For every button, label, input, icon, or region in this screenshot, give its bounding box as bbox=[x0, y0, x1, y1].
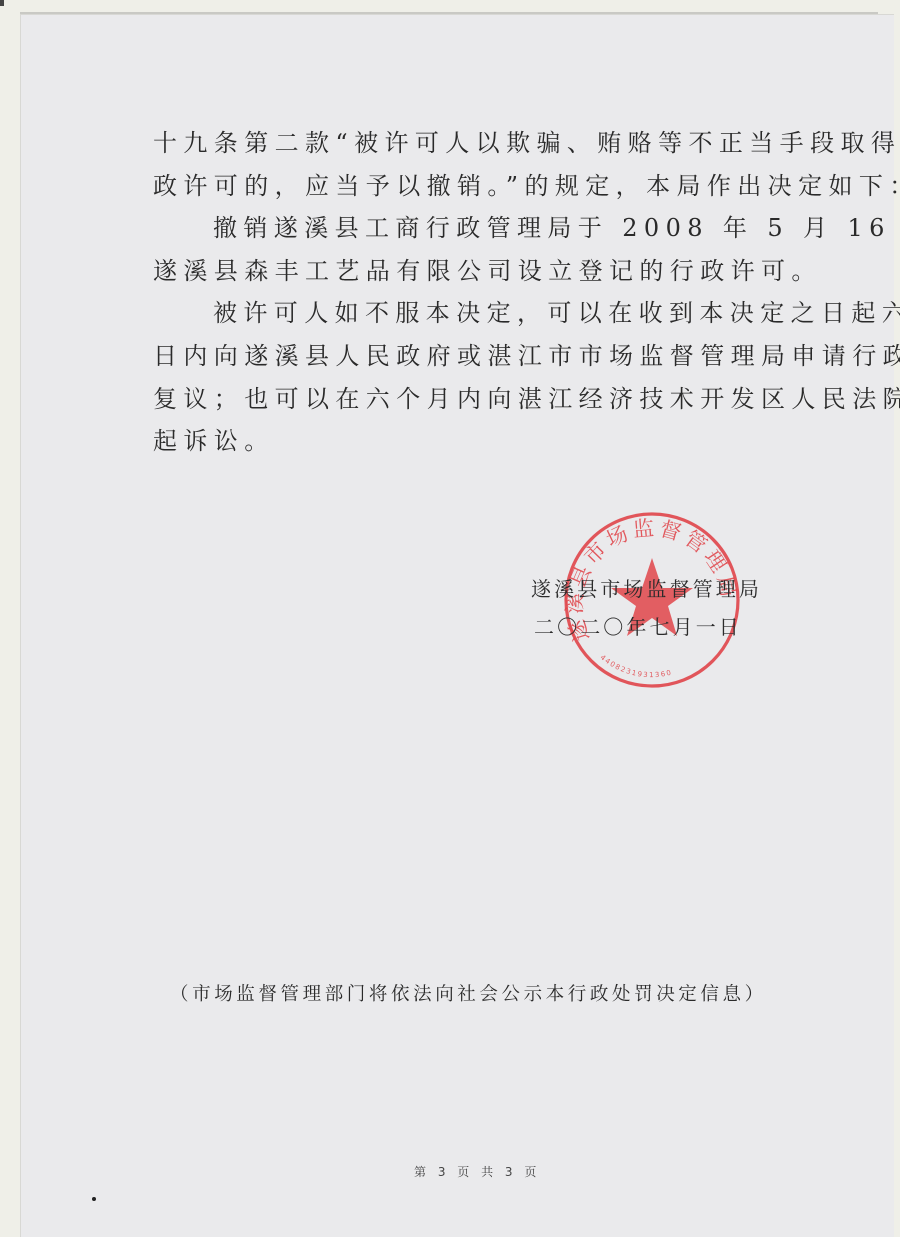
scan-corner-mark bbox=[0, 0, 4, 6]
decision-body: 十九条第二款“被许可人以欺骗、贿赂等不正当手段取得行 政许可的，应当予以撤销。”… bbox=[153, 122, 773, 463]
issuing-organization: 遂溪县市场监督管理局 bbox=[531, 570, 762, 608]
signature-block: 遂溪县市场监督管理局 二〇二〇年七月一日 bbox=[531, 570, 762, 646]
body-line: 遂溪县森丰工艺品有限公司设立登记的行政许可。 bbox=[153, 250, 773, 293]
body-line: 撤销遂溪县工商行政管理局于 2008 年 5 月 16 日作出的 bbox=[153, 207, 773, 250]
page-number: 第 3 页 共 3 页 bbox=[414, 1163, 540, 1180]
issue-date: 二〇二〇年七月一日 bbox=[531, 608, 762, 646]
body-line: 政许可的，应当予以撤销。”的规定，本局作出决定如下： bbox=[153, 165, 773, 208]
public-notice: （市场监督管理部门将依法向社会公示本行政处罚决定信息） bbox=[170, 980, 767, 1006]
body-line: 起诉讼。 bbox=[153, 420, 773, 463]
scan-dot-mark bbox=[92, 1197, 96, 1201]
body-line: 被许可人如不服本决定，可以在收到本决定之日起六十 bbox=[153, 292, 773, 335]
body-line: 日内向遂溪县人民政府或湛江市市场监督管理局申请行政 bbox=[153, 335, 773, 378]
body-line: 十九条第二款“被许可人以欺骗、贿赂等不正当手段取得行 bbox=[153, 122, 773, 165]
body-line: 复议；也可以在六个月内向湛江经济技术开发区人民法院提 bbox=[153, 378, 773, 421]
